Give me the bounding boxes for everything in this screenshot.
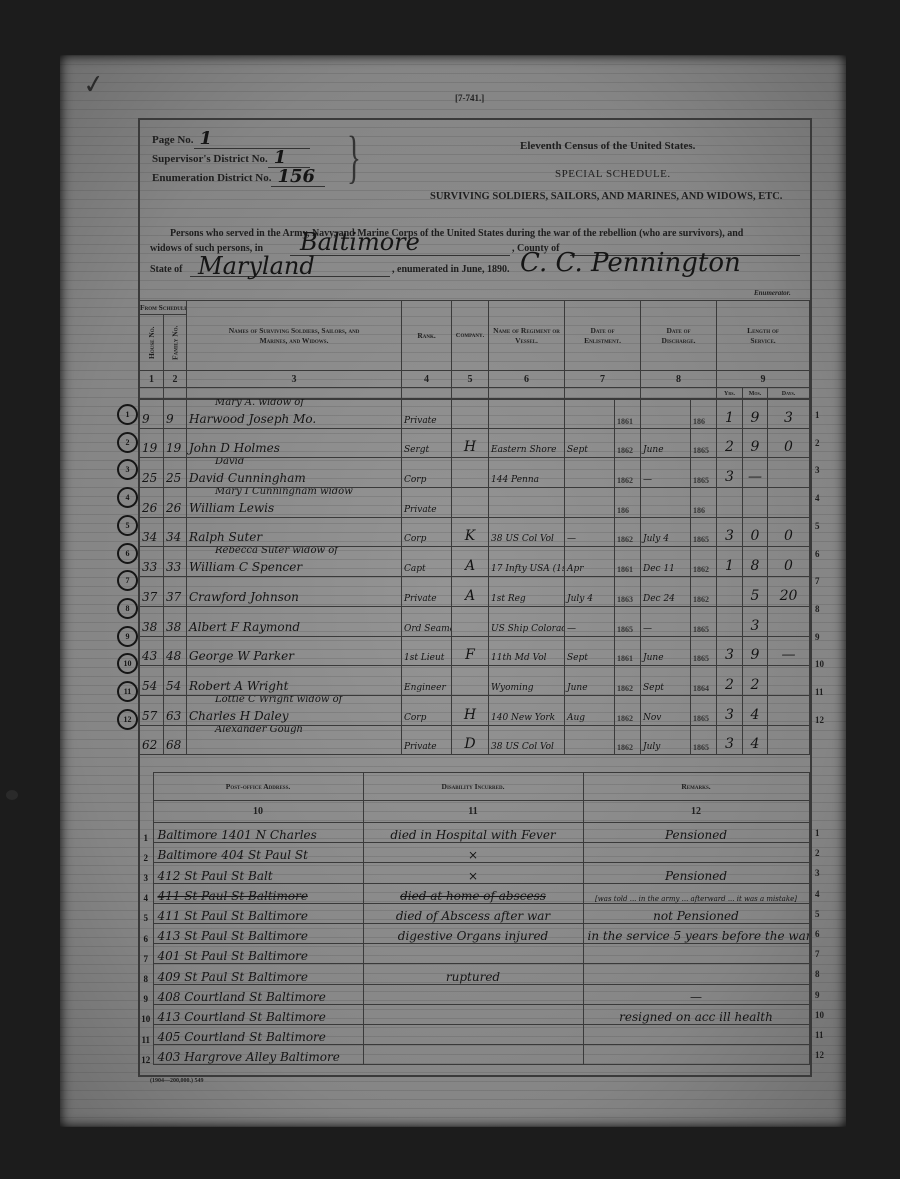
right-line-number: 4 bbox=[815, 889, 820, 899]
years-cell bbox=[717, 577, 743, 607]
family-no-cell: 63 bbox=[164, 695, 187, 725]
address-cell: 411 St Paul St Baltimore bbox=[153, 903, 363, 923]
house-no-cell: 43 bbox=[140, 636, 164, 666]
years-cell: 2 bbox=[717, 428, 743, 458]
right-line-number: 12 bbox=[815, 1050, 824, 1060]
table-row: 9408 Courtland St Baltimore— bbox=[139, 984, 809, 1004]
discharge-year-cell: 1865 bbox=[691, 517, 717, 547]
discharge-year-cell: 1862 bbox=[691, 547, 717, 577]
name-cell: Ralph Suter bbox=[187, 517, 402, 547]
table-row: 6268Alexander GoughPrivateD38 US Col Vol… bbox=[140, 725, 810, 755]
table-row: 4411 St Paul St Baltimoredied at home of… bbox=[139, 883, 809, 903]
enlistment-date-cell: June bbox=[565, 666, 615, 696]
col-num-10: 10 bbox=[153, 801, 363, 823]
discharge-year-cell: 1865 bbox=[691, 725, 717, 755]
schedule-group-header: From Schedule No. 1. bbox=[140, 301, 187, 315]
disability-cell bbox=[363, 984, 583, 1004]
disability-header: Disability Incurred. bbox=[363, 773, 583, 801]
regiment-cell: Eastern Shore bbox=[489, 428, 565, 458]
right-line-number: 7 bbox=[815, 576, 820, 586]
col-num-4: 4 bbox=[402, 371, 452, 388]
table-row: 7401 St Paul St Baltimore bbox=[139, 944, 809, 964]
name-annotation: Mary I Cunningham widow bbox=[215, 488, 353, 498]
discharge-year-cell: 1865 bbox=[691, 458, 717, 488]
right-line-number: 10 bbox=[815, 659, 824, 669]
regiment-cell: 140 New York bbox=[489, 695, 565, 725]
circled-line-number: 12 bbox=[117, 709, 138, 730]
name-cell: Alexander Gough bbox=[187, 725, 402, 755]
remarks-cell: Pensioned bbox=[583, 863, 809, 883]
discharge-year-cell: 1864 bbox=[691, 666, 717, 696]
address-cell: 412 St Paul St Balt bbox=[153, 863, 363, 883]
enlistment-date-cell: Sept bbox=[565, 636, 615, 666]
discharge-date-cell: June bbox=[641, 428, 691, 458]
company-cell: F bbox=[452, 636, 489, 666]
address-cell: 408 Courtland St Baltimore bbox=[153, 984, 363, 1004]
print-code: (1904—200,000.) 549 bbox=[150, 1078, 204, 1084]
district-block: Page No.1 Supervisor's District No.1 Enu… bbox=[152, 130, 325, 187]
years-cell bbox=[717, 606, 743, 636]
col-num-6: 6 bbox=[489, 371, 565, 388]
rank-cell: 1st Lieut bbox=[402, 636, 452, 666]
name-text: Albert F Raymond bbox=[189, 620, 300, 634]
disability-cell: died in Hospital with Fever bbox=[363, 823, 583, 843]
right-line-number: 11 bbox=[815, 1030, 824, 1040]
family-no-cell: 19 bbox=[164, 428, 187, 458]
discharge-date-cell: Dec 24 bbox=[641, 577, 691, 607]
disability-cell bbox=[363, 944, 583, 964]
table-row: 3434Ralph SuterCorpK38 US Col Vol—1862Ju… bbox=[140, 517, 810, 547]
enlistment-year-cell: 1862 bbox=[615, 428, 641, 458]
col-num-8: 8 bbox=[641, 371, 717, 388]
discharge-date-cell: July bbox=[641, 725, 691, 755]
right-line-number: 10 bbox=[815, 1010, 824, 1020]
enumerator-signature: C. C. Pennington bbox=[520, 248, 741, 278]
discharge-year-cell: 1862 bbox=[691, 577, 717, 607]
house-no-cell: 25 bbox=[140, 458, 164, 488]
film-speck bbox=[6, 790, 18, 800]
years-cell: 1 bbox=[717, 547, 743, 577]
form-number: [7-741.] bbox=[455, 93, 484, 103]
table-row: 8409 St Paul St Baltimoreruptured bbox=[139, 964, 809, 984]
circled-line-number: 9 bbox=[117, 626, 138, 647]
company-cell bbox=[452, 488, 489, 518]
circled-line-number: 5 bbox=[117, 515, 138, 536]
line-number: 2 bbox=[139, 843, 153, 863]
enlistment-date-cell bbox=[565, 725, 615, 755]
line-number: 1 bbox=[139, 823, 153, 843]
line-number: 7 bbox=[139, 944, 153, 964]
enlistment-year-cell: 186 bbox=[615, 488, 641, 518]
months-cell: — bbox=[743, 458, 768, 488]
months-cell: 2 bbox=[743, 666, 768, 696]
disability-cell: × bbox=[363, 843, 583, 863]
remarks-cell bbox=[583, 944, 809, 964]
enumerated-label: , enumerated in June, 1890. bbox=[392, 264, 510, 275]
names-header: Names of Surviving Soldiers, Sailors, an… bbox=[187, 301, 402, 371]
company-header: Company. bbox=[452, 301, 489, 371]
table-row: 99Mary A. widow ofHarwood Joseph Mo.Priv… bbox=[140, 399, 810, 429]
table-row: 5411 St Paul St Baltimoredied of Abscess… bbox=[139, 903, 809, 923]
enlistment-header: Date of Enlistment. bbox=[565, 301, 641, 371]
name-cell: John D Holmes bbox=[187, 428, 402, 458]
address-table: Post-office Address. Disability Incurred… bbox=[139, 772, 810, 1065]
right-line-number: 5 bbox=[815, 909, 820, 919]
margin-checkmark: ✓ bbox=[81, 69, 107, 102]
discharge-year-cell: 186 bbox=[691, 399, 717, 429]
disability-cell: died of Abscess after war bbox=[363, 903, 583, 923]
circled-line-number: 11 bbox=[117, 681, 138, 702]
family-no-cell: 33 bbox=[164, 547, 187, 577]
discharge-date-cell: July 4 bbox=[641, 517, 691, 547]
discharge-date-cell: — bbox=[641, 458, 691, 488]
company-cell bbox=[452, 399, 489, 429]
brace-glyph: } bbox=[347, 128, 361, 186]
enlistment-date-cell bbox=[565, 488, 615, 518]
enlistment-date-cell: Aug bbox=[565, 695, 615, 725]
months-cell: 9 bbox=[743, 399, 768, 429]
right-line-number: 6 bbox=[815, 929, 820, 939]
circled-line-number: 6 bbox=[117, 543, 138, 564]
regiment-cell: Wyoming bbox=[489, 666, 565, 696]
remarks-header: Remarks. bbox=[583, 773, 809, 801]
right-line-number: 1 bbox=[815, 828, 820, 838]
house-no-cell: 37 bbox=[140, 577, 164, 607]
rank-cell: Private bbox=[402, 399, 452, 429]
years-cell: 3 bbox=[717, 695, 743, 725]
family-no-cell: 54 bbox=[164, 666, 187, 696]
rank-cell: Engineer bbox=[402, 666, 452, 696]
enlistment-year-cell: 1861 bbox=[615, 636, 641, 666]
disability-cell: digestive Organs injured bbox=[363, 923, 583, 943]
disability-cell bbox=[363, 1004, 583, 1024]
enlistment-date-cell: Apr bbox=[565, 547, 615, 577]
enlistment-date-cell: — bbox=[565, 517, 615, 547]
years-cell bbox=[717, 488, 743, 518]
regiment-cell: 144 Penna bbox=[489, 458, 565, 488]
regiment-cell: 1st Reg bbox=[489, 577, 565, 607]
enlistment-year-cell: 1862 bbox=[615, 695, 641, 725]
line-number: 12 bbox=[139, 1045, 153, 1065]
table-row: 3838Albert F RaymondOrd SeamanUS Ship Co… bbox=[140, 606, 810, 636]
circled-line-number: 1 bbox=[117, 404, 138, 425]
col-num-5: 5 bbox=[452, 371, 489, 388]
page-value: 1 bbox=[194, 130, 310, 149]
regiment-cell bbox=[489, 399, 565, 429]
enlistment-year-cell: 1862 bbox=[615, 517, 641, 547]
right-line-number: 7 bbox=[815, 949, 820, 959]
table-row: 3412 St Paul St Balt×Pensioned bbox=[139, 863, 809, 883]
disability-cell: × bbox=[363, 863, 583, 883]
days-cell: 0 bbox=[768, 547, 810, 577]
right-line-number: 6 bbox=[815, 549, 820, 559]
col-num-12: 12 bbox=[583, 801, 809, 823]
days-cell bbox=[768, 606, 810, 636]
days-cell bbox=[768, 725, 810, 755]
enumeration-value: 156 bbox=[271, 168, 325, 187]
family-no-cell: 26 bbox=[164, 488, 187, 518]
remarks-cell: — bbox=[583, 984, 809, 1004]
soldiers-entries: 99Mary A. widow ofHarwood Joseph Mo.Priv… bbox=[139, 398, 810, 755]
enlistment-date-cell bbox=[565, 458, 615, 488]
table-row: 12403 Hargrove Alley Baltimore bbox=[139, 1045, 809, 1065]
months-cell: 9 bbox=[743, 428, 768, 458]
table-row: 1Baltimore 1401 N Charlesdied in Hospita… bbox=[139, 823, 809, 843]
col-num-1: 1 bbox=[140, 371, 164, 388]
table-row: 6413 St Paul St Baltimoredigestive Organ… bbox=[139, 923, 809, 943]
family-no-cell: 25 bbox=[164, 458, 187, 488]
house-no-cell: 54 bbox=[140, 666, 164, 696]
name-annotation: Alexander Gough bbox=[215, 725, 303, 735]
discharge-date-cell bbox=[641, 488, 691, 518]
page-label: Page No. bbox=[152, 131, 194, 149]
address-cell: 403 Hargrove Alley Baltimore bbox=[153, 1045, 363, 1065]
line-number: 3 bbox=[139, 863, 153, 883]
address-cell: 413 St Paul St Baltimore bbox=[153, 923, 363, 943]
state-label: State of bbox=[150, 264, 183, 275]
line-number: 5 bbox=[139, 903, 153, 923]
months-cell: 8 bbox=[743, 547, 768, 577]
house-no-cell: 19 bbox=[140, 428, 164, 458]
company-cell: H bbox=[452, 695, 489, 725]
regiment-cell: 38 US Col Vol bbox=[489, 725, 565, 755]
remarks-cell: not Pensioned bbox=[583, 903, 809, 923]
schedule-title: SPECIAL SCHEDULE. bbox=[555, 168, 671, 180]
discharge-date-cell: Nov bbox=[641, 695, 691, 725]
census-title: Eleventh Census of the United States. bbox=[520, 140, 695, 152]
enlistment-year-cell: 1862 bbox=[615, 458, 641, 488]
name-text: John D Holmes bbox=[189, 441, 280, 455]
line-number: 4 bbox=[139, 883, 153, 903]
regiment-cell: US Ship Colorado bbox=[489, 606, 565, 636]
discharge-date-cell: Dec 11 bbox=[641, 547, 691, 577]
right-line-number: 4 bbox=[815, 493, 820, 503]
regiment-cell: 38 US Col Vol bbox=[489, 517, 565, 547]
discharge-year-cell: 1865 bbox=[691, 606, 717, 636]
months-cell bbox=[743, 488, 768, 518]
circled-line-number: 8 bbox=[117, 598, 138, 619]
discharge-date-cell: Sept bbox=[641, 666, 691, 696]
table-row: 3333Rebecca Suter widow ofWilliam C Spen… bbox=[140, 547, 810, 577]
name-cell: Lottie C Wright widow ofCharles H Daley bbox=[187, 695, 402, 725]
remarks-cell bbox=[583, 1024, 809, 1044]
disability-cell bbox=[363, 1024, 583, 1044]
company-cell bbox=[452, 606, 489, 636]
table-row: 2Baltimore 404 St Paul St× bbox=[139, 843, 809, 863]
name-cell: Crawford Johnson bbox=[187, 577, 402, 607]
name-text: Crawford Johnson bbox=[189, 590, 299, 604]
enlistment-date-cell: July 4 bbox=[565, 577, 615, 607]
remarks-cell bbox=[583, 1045, 809, 1065]
regiment-header: Name of Regiment or Vessel. bbox=[489, 301, 565, 371]
discharge-year-cell: 1865 bbox=[691, 636, 717, 666]
rank-cell: Corp bbox=[402, 695, 452, 725]
supervisor-label: Supervisor's District No. bbox=[152, 150, 268, 168]
name-cell: Mary I Cunningham widowWilliam Lewis bbox=[187, 488, 402, 518]
name-cell: DavidDavid Cunningham bbox=[187, 458, 402, 488]
months-cell: 4 bbox=[743, 695, 768, 725]
rank-cell: Capt bbox=[402, 547, 452, 577]
company-cell: A bbox=[452, 577, 489, 607]
table-row: 2626Mary I Cunningham widowWilliam Lewis… bbox=[140, 488, 810, 518]
name-text: William Lewis bbox=[189, 501, 274, 515]
days-cell bbox=[768, 458, 810, 488]
remarks-cell bbox=[583, 964, 809, 984]
right-line-number: 8 bbox=[815, 969, 820, 979]
family-no-cell: 48 bbox=[164, 636, 187, 666]
months-cell: 0 bbox=[743, 517, 768, 547]
family-no-header: Family No. bbox=[164, 315, 187, 371]
right-line-number: 12 bbox=[815, 715, 824, 725]
right-line-number: 2 bbox=[815, 438, 820, 448]
right-line-number: 2 bbox=[815, 848, 820, 858]
name-annotation: Lottie C Wright widow of bbox=[215, 695, 342, 705]
house-no-cell: 38 bbox=[140, 606, 164, 636]
col-num-7: 7 bbox=[565, 371, 641, 388]
table-row: 5454Robert A WrightEngineerWyomingJune18… bbox=[140, 666, 810, 696]
col-num-3: 3 bbox=[187, 371, 402, 388]
discharge-year-cell: 1865 bbox=[691, 695, 717, 725]
regiment-cell: 11th Md Vol bbox=[489, 636, 565, 666]
remarks-cell: resigned on acc ill health bbox=[583, 1004, 809, 1024]
remarks-cell: in the service 5 years before the war bbox=[583, 923, 809, 943]
soldiers-table: From Schedule No. 1. Names of Surviving … bbox=[139, 300, 810, 400]
regiment-cell: 17 Infty USA (1st Batt) bbox=[489, 547, 565, 577]
days-cell: 0 bbox=[768, 517, 810, 547]
table-row: 10413 Courtland St Baltimoreresigned on … bbox=[139, 1004, 809, 1024]
enlistment-year-cell: 1863 bbox=[615, 577, 641, 607]
address-cell: 405 Courtland St Baltimore bbox=[153, 1024, 363, 1044]
discharge-year-cell: 1865 bbox=[691, 428, 717, 458]
name-cell: George W Parker bbox=[187, 636, 402, 666]
enumerator-caption: Enumerator. bbox=[754, 289, 791, 297]
years-cell: 1 bbox=[717, 399, 743, 429]
months-cell: 5 bbox=[743, 577, 768, 607]
rank-header: Rank. bbox=[402, 301, 452, 371]
enlistment-year-cell: 1861 bbox=[615, 547, 641, 577]
rank-cell: Corp bbox=[402, 517, 452, 547]
rank-cell: Corp bbox=[402, 458, 452, 488]
line-number: 9 bbox=[139, 984, 153, 1004]
days-cell: 20 bbox=[768, 577, 810, 607]
address-cell: Baltimore 1401 N Charles bbox=[153, 823, 363, 843]
months-cell: 9 bbox=[743, 636, 768, 666]
right-line-number: 5 bbox=[815, 521, 820, 531]
rank-cell: Private bbox=[402, 488, 452, 518]
name-text: William C Spencer bbox=[189, 560, 302, 574]
house-no-cell: 34 bbox=[140, 517, 164, 547]
company-cell: H bbox=[452, 428, 489, 458]
line-number: 10 bbox=[139, 1004, 153, 1024]
intro-line-1: Persons who served in the Army, Navy, an… bbox=[150, 226, 805, 241]
line-number: 6 bbox=[139, 923, 153, 943]
family-no-cell: 9 bbox=[164, 399, 187, 429]
company-cell: A bbox=[452, 547, 489, 577]
table-row: 1919John D HolmesSergtHEastern ShoreSept… bbox=[140, 428, 810, 458]
house-no-cell: 62 bbox=[140, 725, 164, 755]
discharge-date-cell: — bbox=[641, 606, 691, 636]
house-no-cell: 57 bbox=[140, 695, 164, 725]
rank-cell: Private bbox=[402, 577, 452, 607]
right-line-number: 9 bbox=[815, 632, 820, 642]
name-annotation: Rebecca Suter widow of bbox=[215, 547, 338, 557]
name-annotation: David bbox=[215, 458, 244, 468]
family-no-cell: 37 bbox=[164, 577, 187, 607]
company-cell bbox=[452, 666, 489, 696]
company-cell bbox=[452, 458, 489, 488]
right-line-number: 3 bbox=[815, 868, 820, 878]
table-row: 5763Lottie C Wright widow ofCharles H Da… bbox=[140, 695, 810, 725]
name-text: David Cunningham bbox=[189, 471, 306, 485]
days-cell bbox=[768, 695, 810, 725]
address-cell: Baltimore 404 St Paul St bbox=[153, 843, 363, 863]
name-text: Robert A Wright bbox=[189, 679, 289, 693]
right-line-number: 9 bbox=[815, 990, 820, 1000]
col-num-9: 9 bbox=[717, 371, 810, 388]
enlistment-date-cell: — bbox=[565, 606, 615, 636]
remarks-cell: Pensioned bbox=[583, 823, 809, 843]
remarks-cell: [was told ... in the army ... afterward … bbox=[583, 883, 809, 903]
table-row: 3737Crawford JohnsonPrivateA1st RegJuly … bbox=[140, 577, 810, 607]
col-num-11: 11 bbox=[363, 801, 583, 823]
circled-line-number: 2 bbox=[117, 432, 138, 453]
days-cell bbox=[768, 488, 810, 518]
discharge-year-cell: 186 bbox=[691, 488, 717, 518]
company-cell: K bbox=[452, 517, 489, 547]
right-line-number: 11 bbox=[815, 687, 824, 697]
name-text: Ralph Suter bbox=[189, 530, 262, 544]
table-row: 2525DavidDavid CunninghamCorp144 Penna18… bbox=[140, 458, 810, 488]
enlistment-date-cell: Sept bbox=[565, 428, 615, 458]
table-row: 4348George W Parker1st LieutF11th Md Vol… bbox=[140, 636, 810, 666]
years-cell: 2 bbox=[717, 666, 743, 696]
enlistment-date-cell bbox=[565, 399, 615, 429]
circled-line-number: 4 bbox=[117, 487, 138, 508]
address-cell: 401 St Paul St Baltimore bbox=[153, 944, 363, 964]
name-annotation: Mary A. widow of bbox=[215, 399, 304, 409]
name-text: Harwood Joseph Mo. bbox=[189, 412, 316, 426]
disability-cell: ruptured bbox=[363, 964, 583, 984]
family-no-cell: 38 bbox=[164, 606, 187, 636]
years-cell: 3 bbox=[717, 725, 743, 755]
name-text: Charles H Daley bbox=[189, 709, 289, 723]
days-cell: — bbox=[768, 636, 810, 666]
right-line-number: 3 bbox=[815, 465, 820, 475]
family-no-cell: 68 bbox=[164, 725, 187, 755]
name-cell: Rebecca Suter widow ofWilliam C Spencer bbox=[187, 547, 402, 577]
disability-cell: died at home of abscess bbox=[363, 883, 583, 903]
years-cell: 3 bbox=[717, 458, 743, 488]
regiment-cell bbox=[489, 488, 565, 518]
enlistment-year-cell: 1861 bbox=[615, 399, 641, 429]
line-number: 8 bbox=[139, 964, 153, 984]
place-value: Baltimore bbox=[300, 228, 420, 256]
state-value: Maryland bbox=[198, 252, 315, 280]
address-cell: 409 St Paul St Baltimore bbox=[153, 964, 363, 984]
name-cell: Mary A. widow ofHarwood Joseph Mo. bbox=[187, 399, 402, 429]
enlistment-year-cell: 1865 bbox=[615, 606, 641, 636]
address-header: Post-office Address. bbox=[153, 773, 363, 801]
table-row: 11405 Courtland St Baltimore bbox=[139, 1024, 809, 1044]
house-no-cell: 26 bbox=[140, 488, 164, 518]
months-cell: 4 bbox=[743, 725, 768, 755]
days-cell bbox=[768, 666, 810, 696]
right-line-number: 1 bbox=[815, 410, 820, 420]
rank-cell: Sergt bbox=[402, 428, 452, 458]
enumeration-label: Enumeration District No. bbox=[152, 169, 271, 187]
enlistment-year-cell: 1862 bbox=[615, 666, 641, 696]
line-number: 11 bbox=[139, 1024, 153, 1044]
